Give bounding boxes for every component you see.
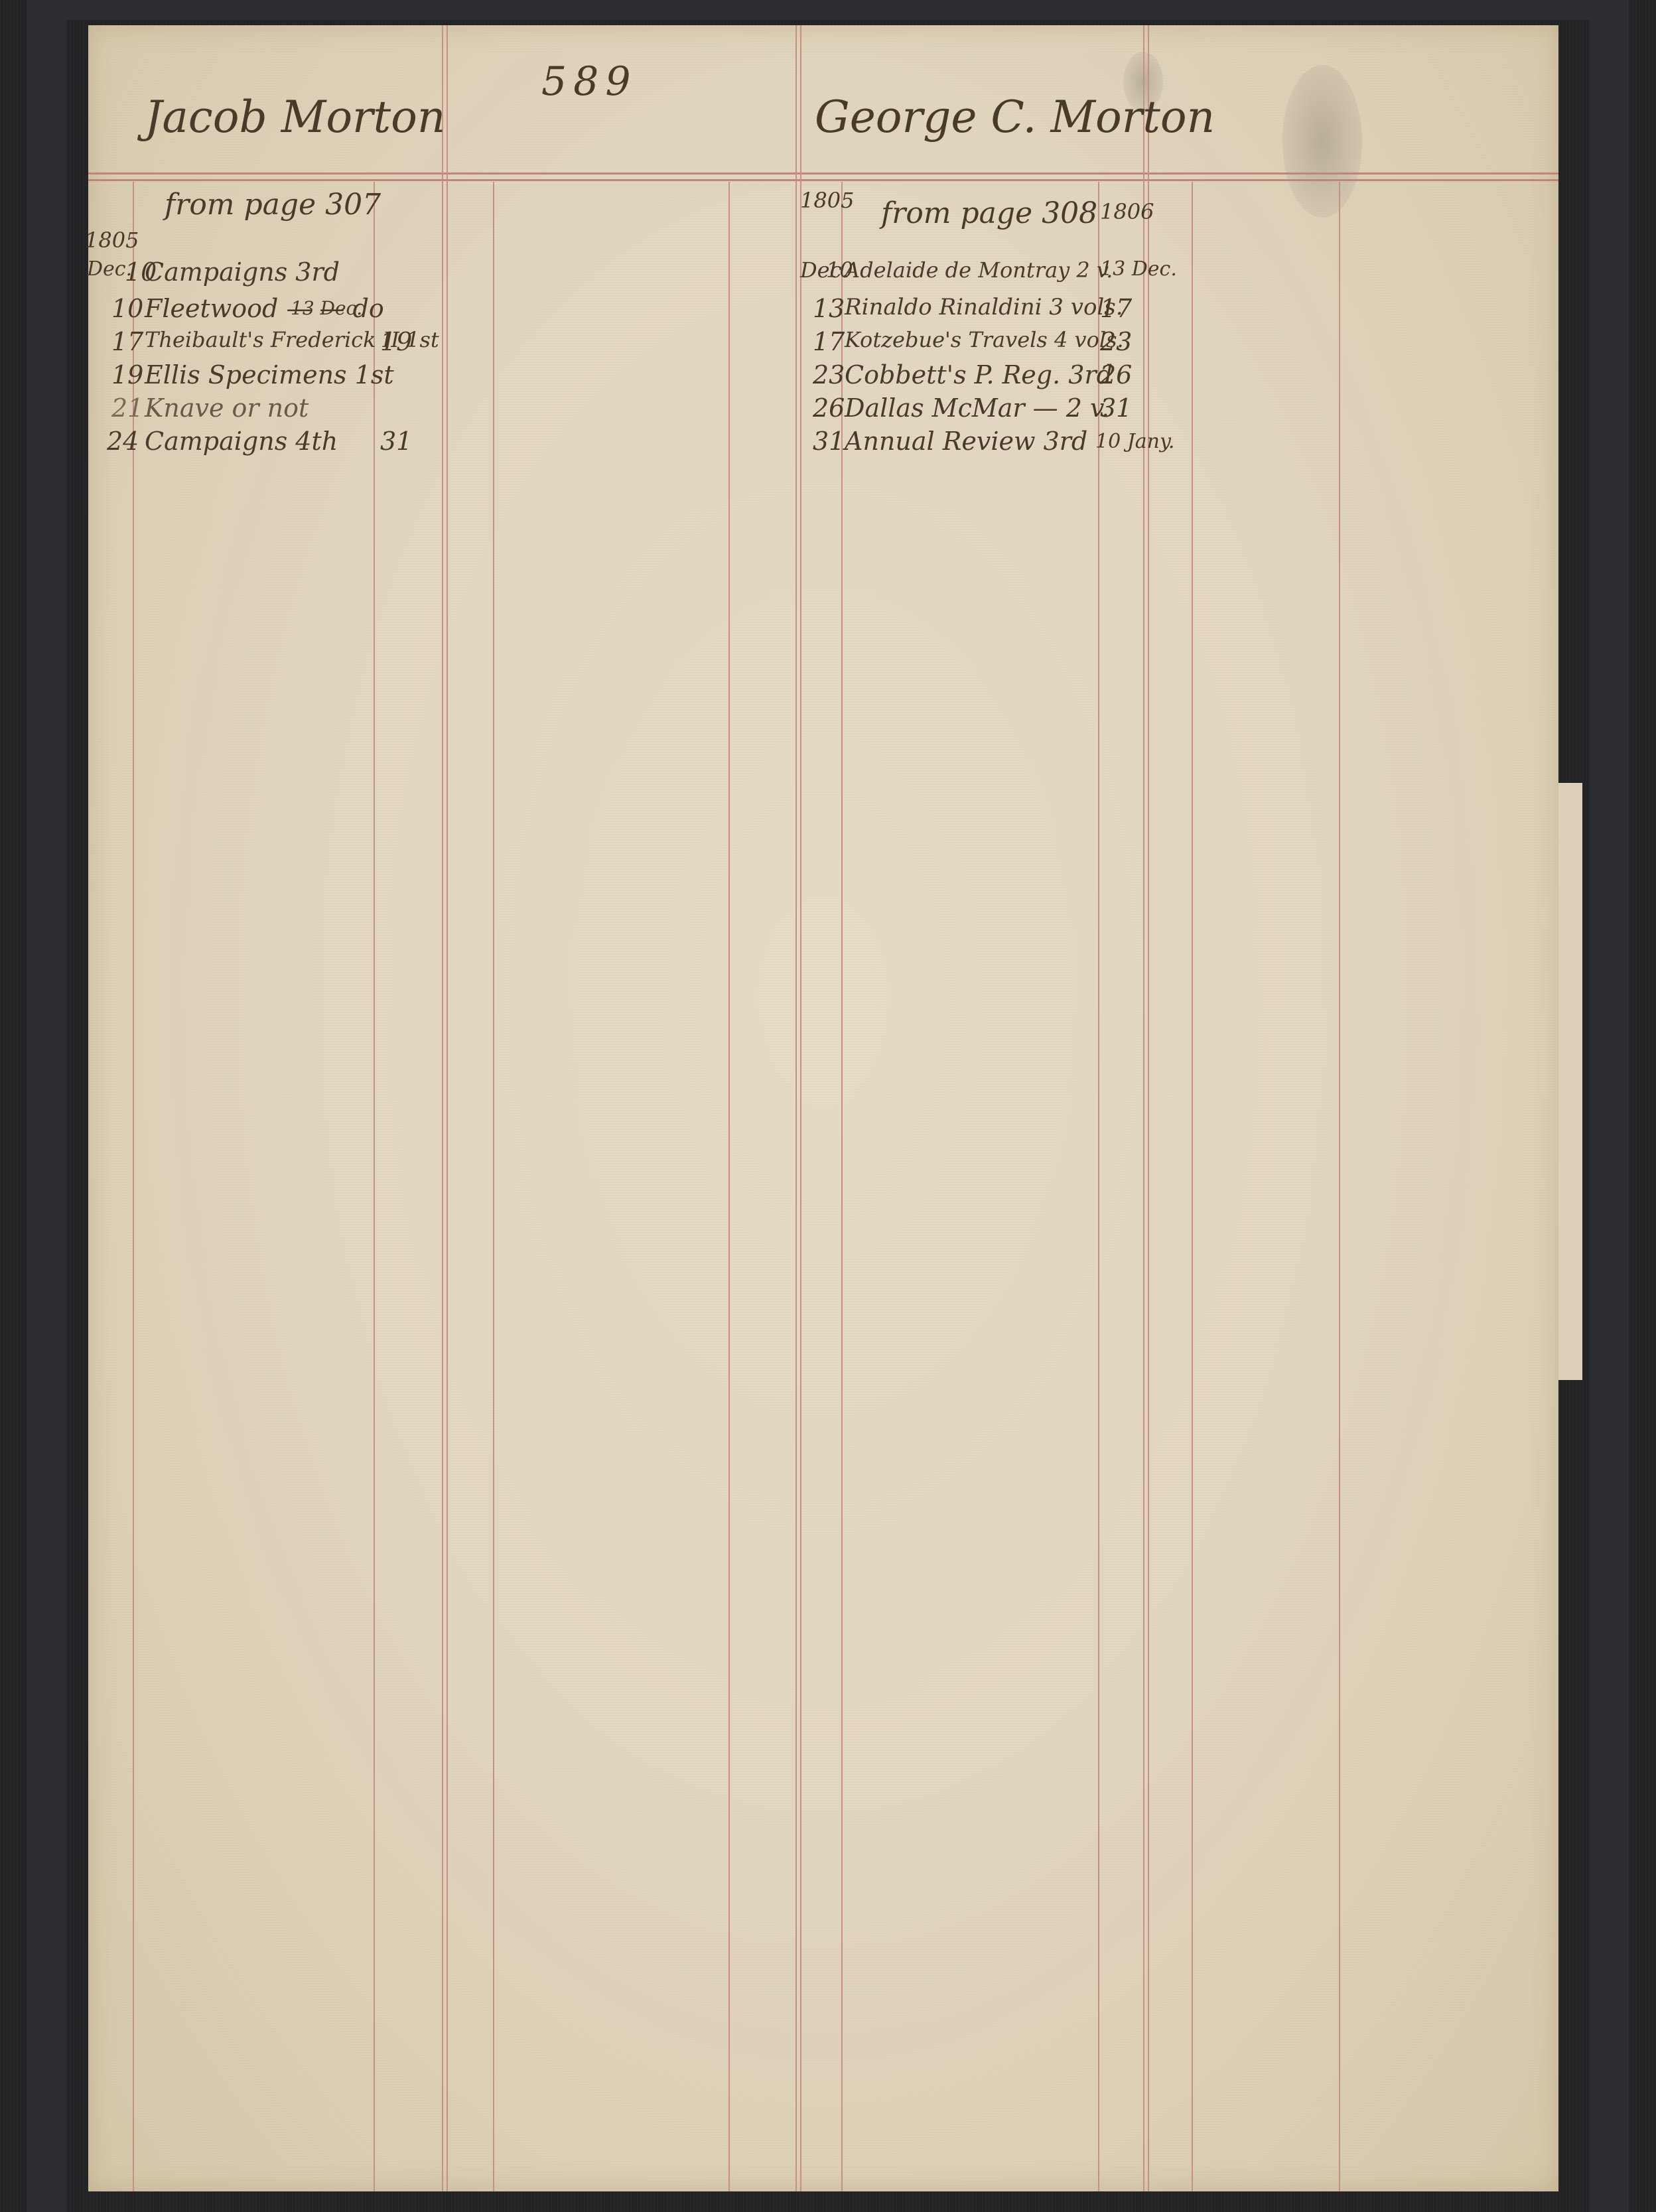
entry-returned: 13 Dec. [291, 297, 362, 319]
rule-right-return [1098, 182, 1099, 2191]
water-stain [1282, 65, 1362, 218]
entry-returned: 13 Dec. [1100, 257, 1177, 281]
rule-left-return [374, 182, 375, 2191]
entry-returned: 10 Jany. [1095, 430, 1174, 453]
rule-left-date [133, 182, 134, 2191]
entry-title: Campaigns 4th [145, 427, 338, 456]
entry-day: 10 [111, 294, 143, 323]
tape-strip-right [1589, 0, 1629, 2212]
rule-right-mid [1192, 182, 1193, 2191]
entry-returned: 31 [380, 427, 412, 456]
entry-returned: 17 [1100, 294, 1132, 323]
header-rule-top [88, 173, 1558, 174]
rule-right-mid2 [1339, 182, 1340, 2191]
entry-title: Cobbett's P. Reg. 3rd [845, 360, 1113, 389]
rule-col-mid [493, 182, 494, 2191]
entry-day: 17 [111, 327, 143, 356]
rule-right-col-b [1148, 25, 1149, 2191]
entry-returned: 23 [1100, 327, 1132, 356]
rule-col-mid2 [728, 182, 730, 2191]
torn-page-tab [1558, 783, 1582, 1380]
entry-returned: 19 [380, 327, 412, 356]
year-left: 1805 [85, 228, 139, 253]
entry-day: 26 [813, 393, 845, 423]
header-rule-bottom [88, 179, 1558, 181]
entry-day: 17 [813, 327, 845, 356]
year-right-start: 1805 [800, 188, 854, 213]
entry-day: 24 [107, 427, 139, 456]
account-name-left: Jacob Morton [145, 92, 445, 143]
entry-title: Dallas McMar — 2 v. [845, 393, 1109, 423]
carried-from-right: from page 308 [881, 196, 1097, 230]
entry-returned: 26 [1100, 360, 1132, 389]
entry-title: Knave or not [145, 393, 309, 423]
entry-day: 13 [813, 294, 845, 323]
rule-center-left-a [442, 25, 443, 2191]
entry-title: Ellis Specimens 1st [145, 360, 394, 389]
entry-day: 21 [111, 393, 143, 423]
account-name-right: George C. Morton [815, 92, 1215, 143]
tape-strip-left [27, 0, 66, 2212]
tape-strip-top [40, 0, 1619, 20]
entry-title: Campaigns 3rd [145, 257, 340, 287]
year-right-return: 1806 [1100, 199, 1154, 224]
rule-center-a [795, 25, 797, 2191]
entry-title: Adelaide de Montray 2 v. [845, 257, 1113, 283]
rule-right-col-a [1143, 25, 1144, 2191]
carried-from-left: from page 307 [165, 188, 381, 222]
rule-center-b [800, 25, 801, 2191]
entry-day: 31 [813, 427, 845, 456]
entry-day: 19 [111, 360, 143, 389]
page-number: 589 [541, 58, 638, 105]
entry-title: Annual Review 3rd [845, 427, 1087, 456]
entry-day: 23 [813, 360, 845, 389]
entry-title: Rinaldo Rinaldini 3 vols. [845, 294, 1123, 320]
entry-title: Kotzebue's Travels 4 vols. [845, 327, 1124, 352]
entry-returned: 31 [1100, 393, 1132, 423]
ledger-page: Jacob Morton 589 George C. Morton from p… [88, 25, 1558, 2191]
rule-center-left-b [447, 25, 448, 2191]
rule-right-date [841, 182, 843, 2191]
